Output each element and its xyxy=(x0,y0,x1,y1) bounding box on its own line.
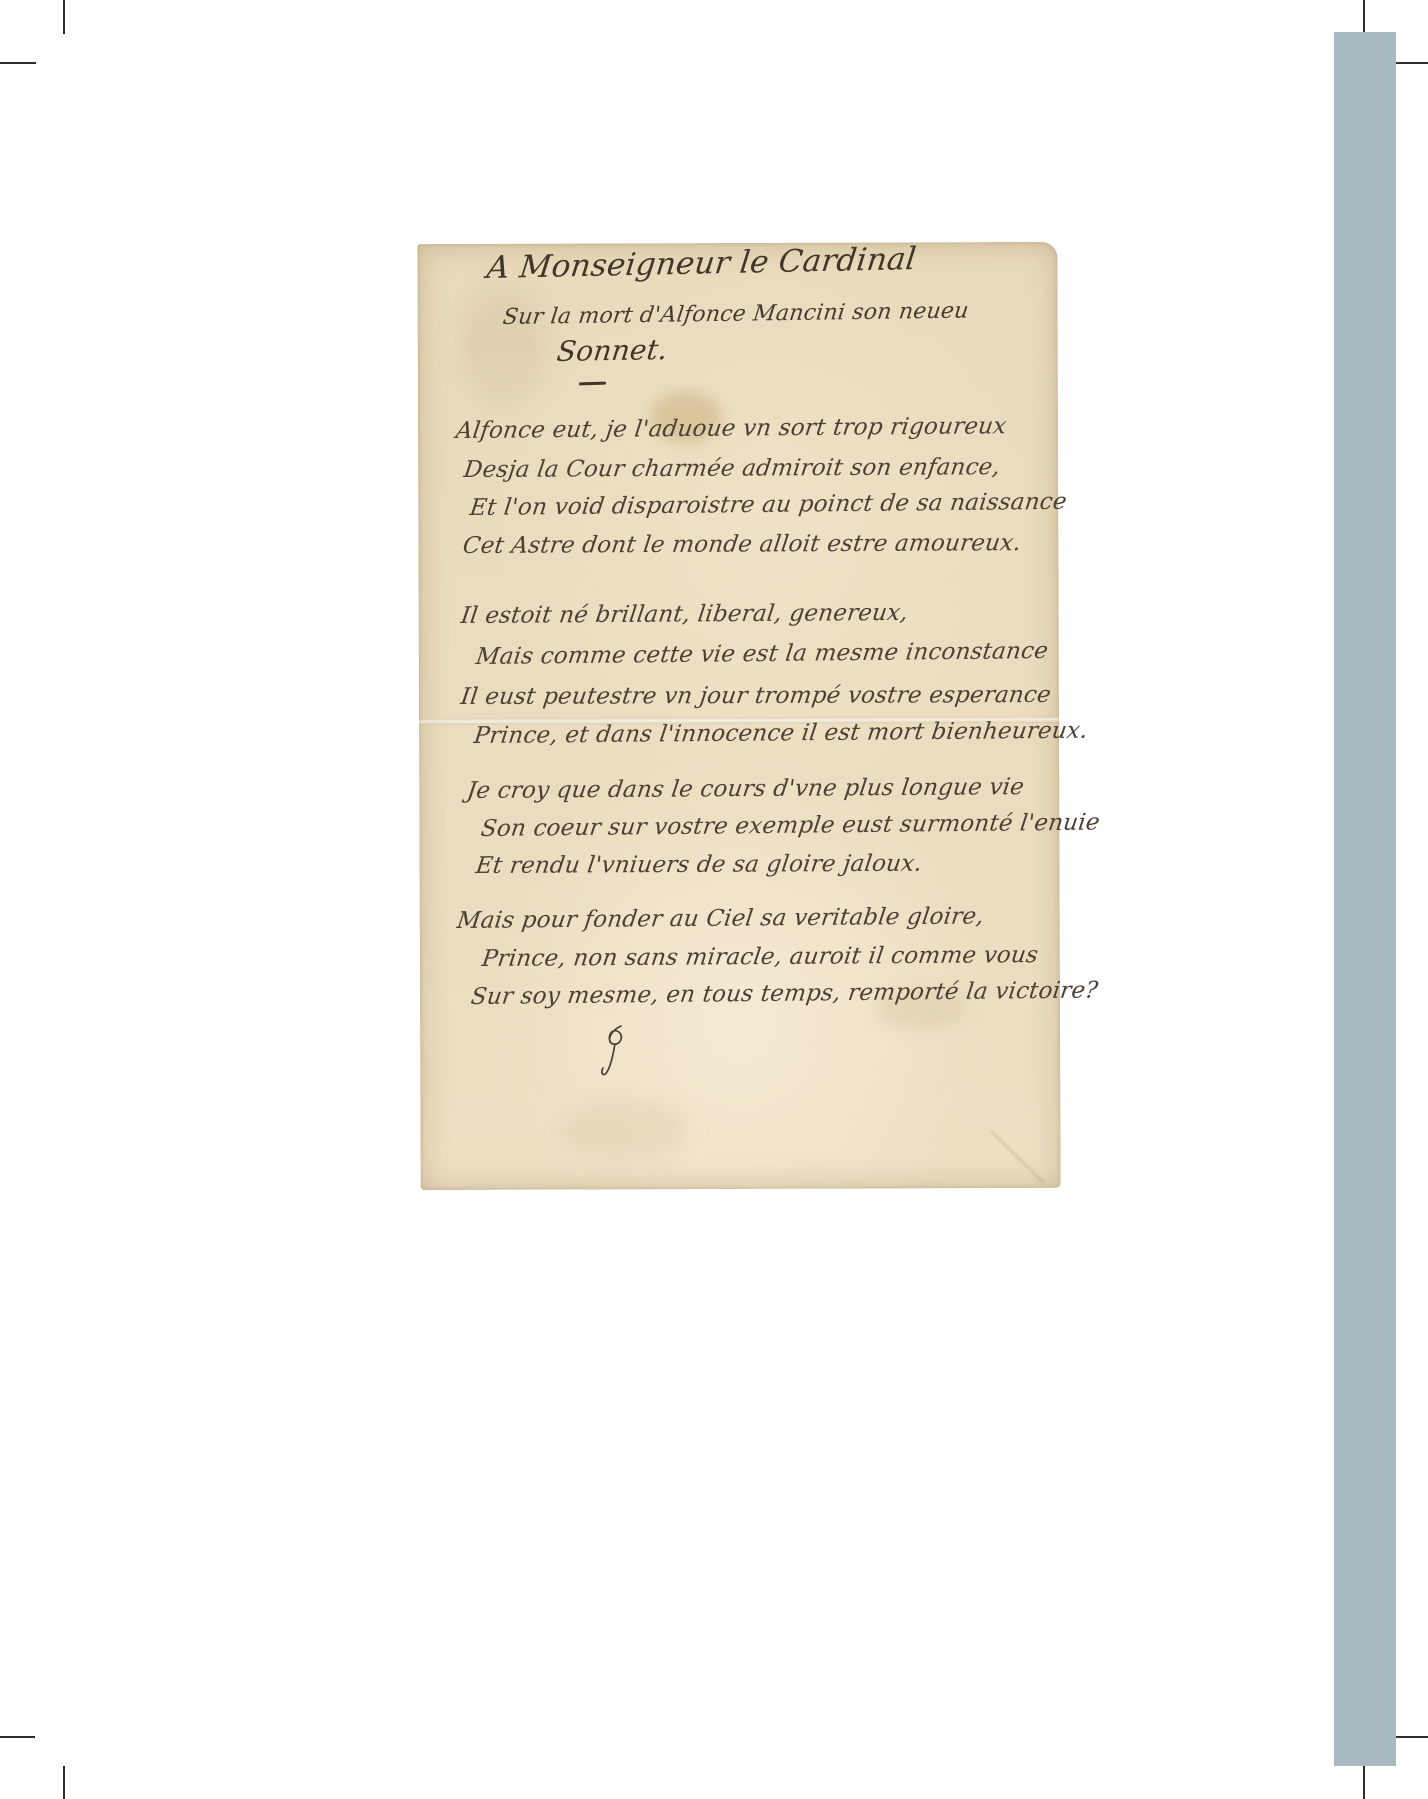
manuscript-page xyxy=(417,242,1060,1190)
right-margin-color-bar xyxy=(1334,32,1396,1766)
manuscript-line: Prince, et dans l'innocence il est mort … xyxy=(472,718,1089,749)
manuscript-line: Et rendu l'vniuers de sa gloire jaloux. xyxy=(474,851,923,879)
crop-mark-bottom-left-vertical xyxy=(63,1766,65,1799)
corner-crease xyxy=(991,1130,1045,1184)
manuscript-line: Je croy que dans le cours d'vne plus lon… xyxy=(465,774,1026,804)
manuscript-section-label: Sonnet. xyxy=(555,333,670,368)
manuscript-line: Alfonce eut, je l'aduoue vn sort trop ri… xyxy=(454,413,1008,444)
crop-mark-top-left-horizontal xyxy=(0,62,36,64)
manuscript-line: Desja la Cour charmée admiroit son enfan… xyxy=(462,454,1002,483)
paper-stain xyxy=(560,1098,690,1160)
paraph-flourish-icon xyxy=(597,1022,631,1088)
crop-mark-top-right-horizontal xyxy=(1395,62,1428,64)
crop-mark-bottom-left-horizontal xyxy=(0,1736,35,1738)
crop-mark-top-left-vertical xyxy=(63,0,65,34)
manuscript-line: Prince, non sans miracle, auroit il comm… xyxy=(480,942,1040,972)
manuscript-line: Il estoit né brillant, liberal, genereux… xyxy=(459,600,909,629)
manuscript-line: Cet Astre dont le monde alloit estre amo… xyxy=(461,530,1022,559)
crop-mark-bottom-right-vertical xyxy=(1363,1766,1365,1799)
manuscript-line: Il eust peutestre vn jour trompé vostre … xyxy=(459,682,1052,710)
crop-mark-top-right-vertical xyxy=(1363,0,1365,32)
paper-stain xyxy=(457,284,547,404)
crop-mark-bottom-right-horizontal xyxy=(1395,1736,1428,1738)
manuscript-line: Mais pour fonder au Ciel sa veritable gl… xyxy=(455,903,985,934)
page: { "page": { "background_color": "#ffffff… xyxy=(0,0,1428,1799)
